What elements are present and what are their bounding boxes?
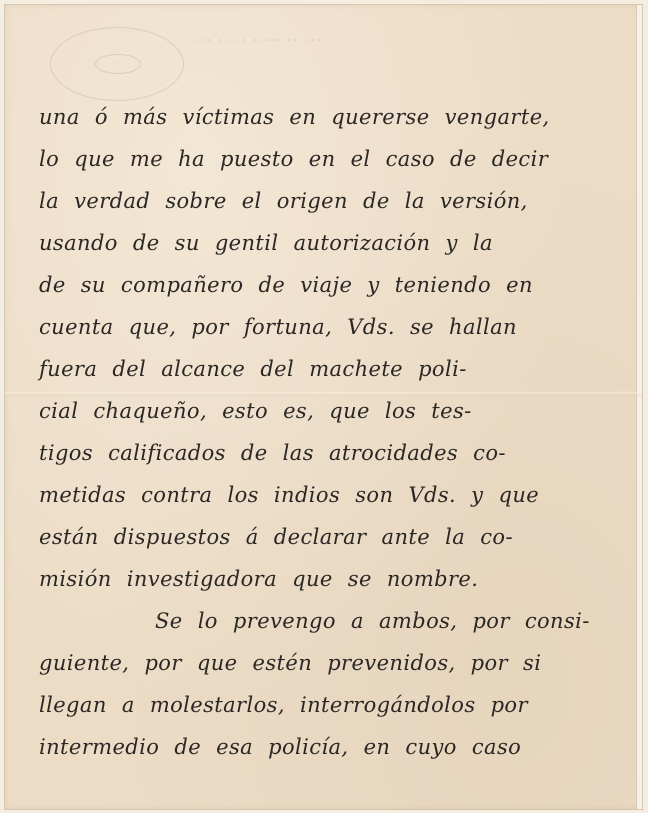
- letter-line: están dispuestos á declarar ante la co-: [39, 525, 631, 549]
- letter-line: cuenta que, por fortuna, Vds. se hallan: [39, 315, 631, 339]
- letter-line: una ó más víctimas en quererse vengarte,: [39, 105, 631, 129]
- letter-line: fuera del alcance del machete poli-: [39, 357, 631, 381]
- letter-line: la verdad sobre el origen de la versión,: [39, 189, 631, 213]
- letter-line: intermedio de esa policía, en cuyo caso: [39, 735, 631, 759]
- letter-line: cial chaqueño, esto es, que los tes-: [39, 399, 631, 423]
- letter-line: metidas contra los indios son Vds. y que: [39, 483, 631, 507]
- letter-line: guiente, por que estén prevenidos, por s…: [39, 651, 631, 675]
- letter-line: llegan a molestarlos, interrogándolos po…: [39, 693, 631, 717]
- letter-line-paragraph-start: Se lo prevengo a ambos, por consi-: [155, 609, 631, 633]
- letter-line: tigos calificados de las atrocidades co-: [39, 441, 631, 465]
- letter-body: una ó más víctimas en quererse vengarte,…: [5, 5, 642, 809]
- letter-line: de su compañero de viaje y teniendo en: [39, 273, 631, 297]
- letter-line: usando de su gentil autorización y la: [39, 231, 631, 255]
- letter-line: lo que me ha puesto en el caso de decir: [39, 147, 631, 171]
- letter-page: ···· ··· ·· ·· ····· ·· ··· una ó más ví…: [4, 4, 643, 810]
- letter-line: misión investigadora que se nombre.: [39, 567, 631, 591]
